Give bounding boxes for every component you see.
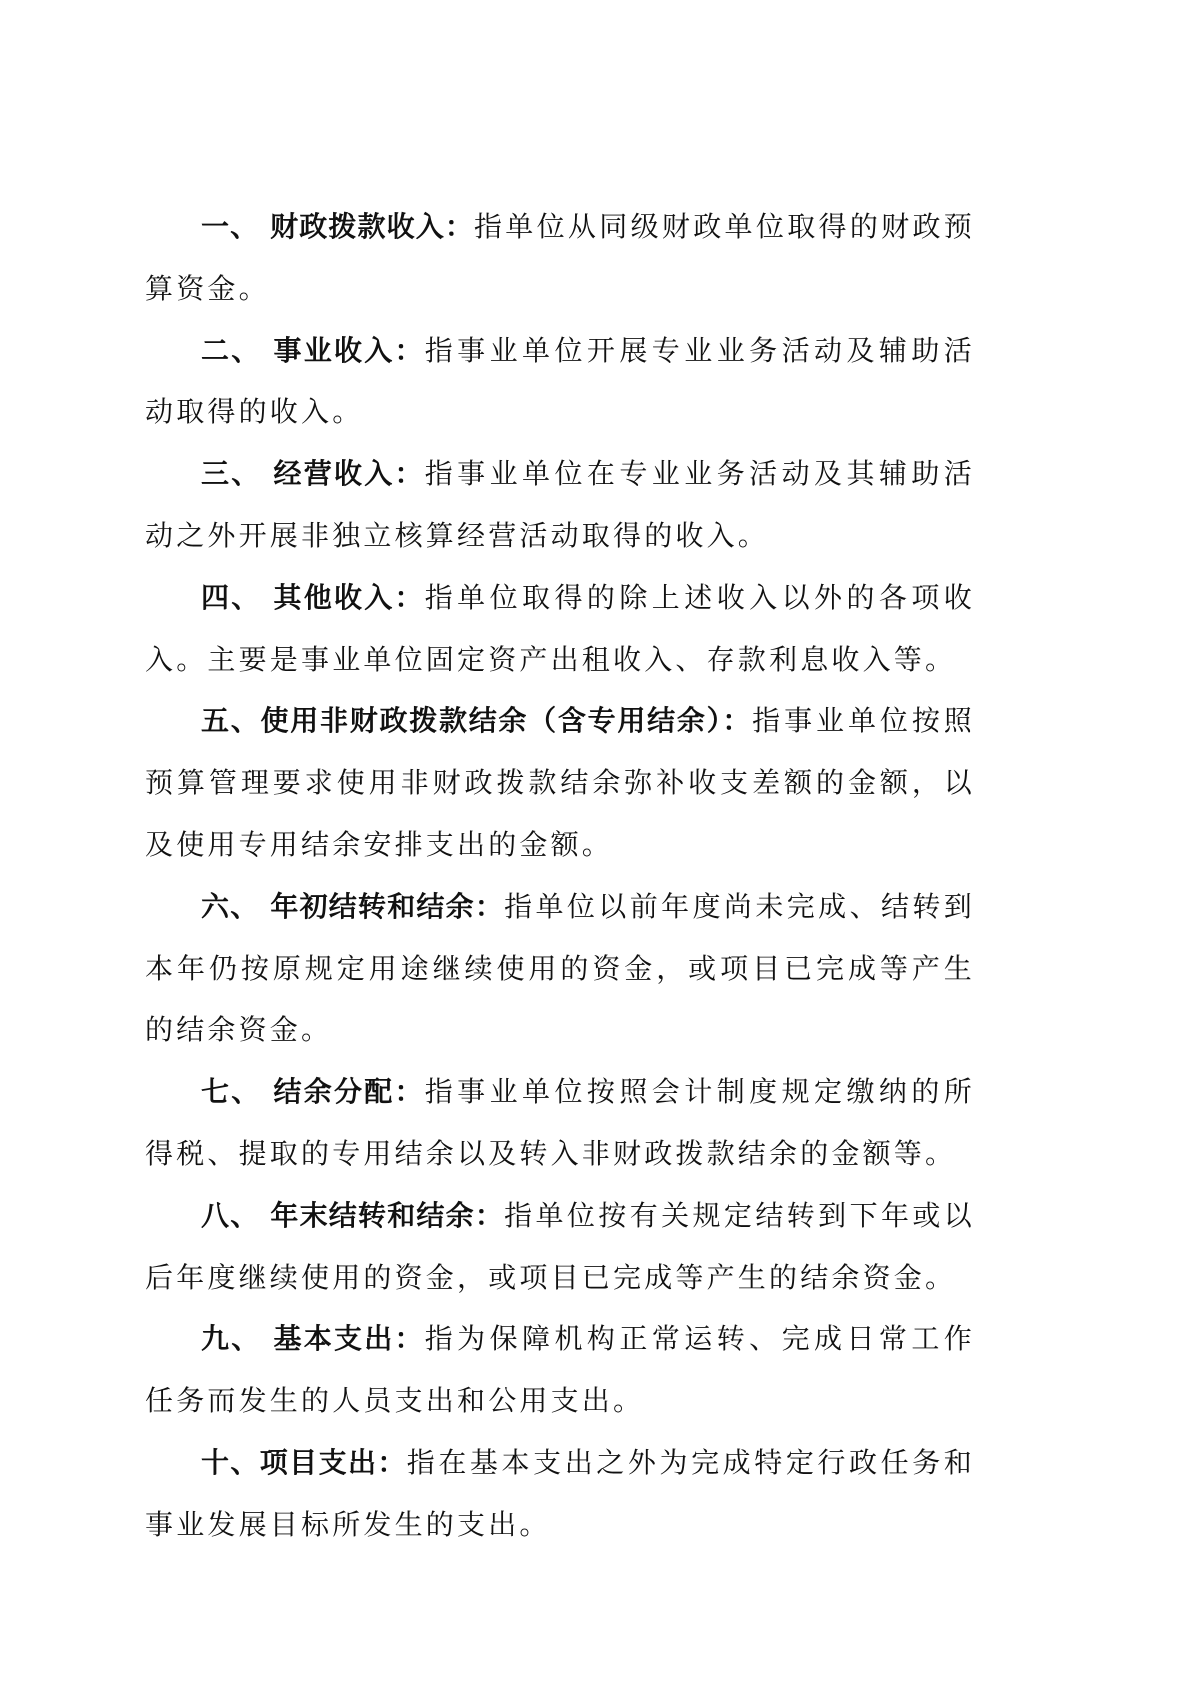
definition-item-2: 二、 事业收入：指事业单位开展专业业务活动及辅助活动取得的收入。: [145, 320, 975, 444]
definition-term: 五、使用非财政拨款结余（含专用结余）：: [201, 704, 752, 737]
definition-item-1: 一、 财政拨款收入：指单位从同级财政单位取得的财政预算资金。: [145, 196, 975, 320]
definition-item-8: 八、 年末结转和结余：指单位按有关规定结转到下年或以后年度继续使用的资金，或项目…: [145, 1185, 975, 1309]
definition-term: 九、 基本支出：: [201, 1322, 425, 1355]
definition-term: 十、项目支出：: [201, 1446, 407, 1479]
definition-item-4: 四、 其他收入：指单位取得的除上述收入以外的各项收入。主要是事业单位固定资产出租…: [145, 567, 975, 691]
definition-term: 四、 其他收入：: [201, 581, 425, 614]
definition-term: 六、 年初结转和结余：: [201, 890, 504, 923]
definition-item-3: 三、 经营收入：指事业单位在专业业务活动及其辅助活动之外开展非独立核算经营活动取…: [145, 443, 975, 567]
definition-item-7: 七、 结余分配：指事业单位按照会计制度规定缴纳的所得税、提取的专用结余以及转入非…: [145, 1061, 975, 1185]
document-page: 一、 财政拨款收入：指单位从同级财政单位取得的财政预算资金。 二、 事业收入：指…: [145, 196, 975, 1556]
definition-item-9: 九、 基本支出：指为保障机构正常运转、完成日常工作任务而发生的人员支出和公用支出…: [145, 1308, 975, 1432]
definition-term: 八、 年末结转和结余：: [201, 1199, 504, 1232]
definition-item-6: 六、 年初结转和结余：指单位以前年度尚未完成、结转到本年仍按原规定用途继续使用的…: [145, 876, 975, 1061]
definition-term: 一、 财政拨款收入：: [201, 210, 474, 243]
definition-item-5: 五、使用非财政拨款结余（含专用结余）：指事业单位按照预算管理要求使用非财政拨款结…: [145, 690, 975, 875]
definition-term: 三、 经营收入：: [201, 457, 425, 490]
definition-term: 二、 事业收入：: [201, 334, 425, 367]
definition-item-10: 十、项目支出：指在基本支出之外为完成特定行政任务和事业发展目标所发生的支出。: [145, 1432, 975, 1556]
definition-term: 七、 结余分配：: [201, 1075, 425, 1108]
